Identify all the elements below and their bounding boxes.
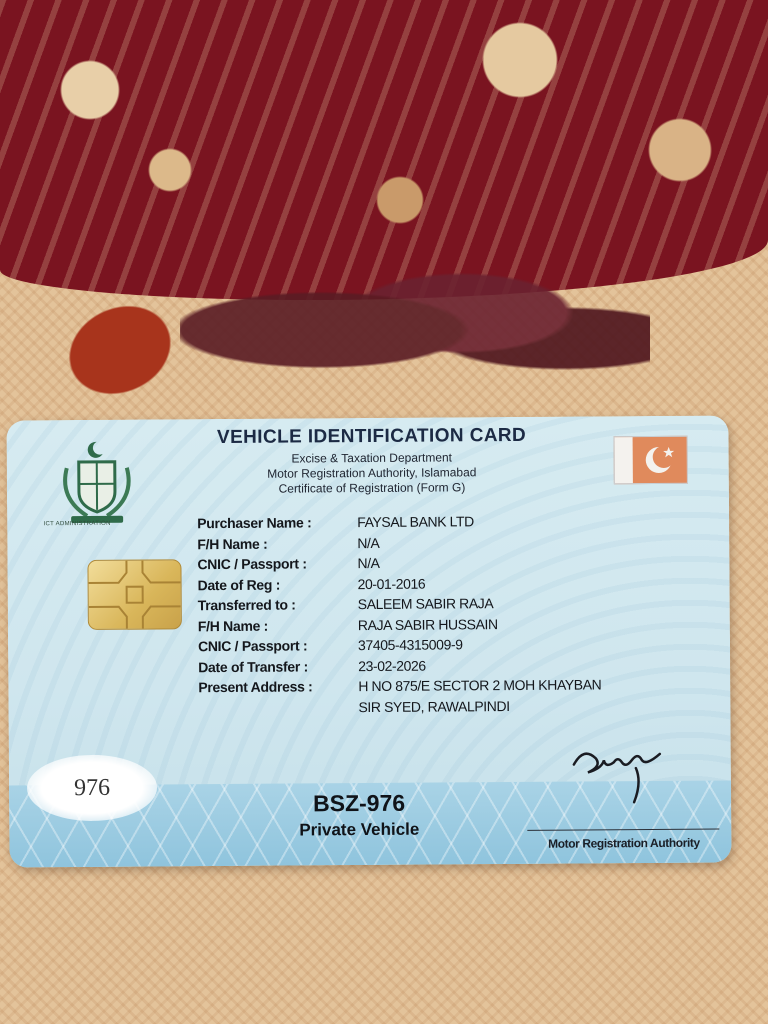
field-value: H NO 875/E SECTOR 2 MOH KHAYBAN (358, 676, 688, 694)
card-title: VEHICLE IDENTIFICATION CARD (162, 425, 582, 450)
field-value: 20-01-2016 (358, 573, 688, 591)
vehicle-identification-card: ICT ADMINISTRATION VEHICLE IDENTIFICATIO… (6, 415, 731, 867)
field-label: Date of Transfer : (198, 658, 348, 675)
address-line-2: SIR SYED, RAWALPINDI (358, 696, 698, 718)
field-value: 23-02-2026 (358, 655, 688, 673)
smart-chip (87, 559, 181, 630)
vehicle-type: Private Vehicle (259, 819, 459, 840)
field-value: N/A (357, 553, 687, 571)
field-label: CNIC / Passport : (198, 637, 348, 654)
field-label: F/H Name : (197, 535, 347, 552)
authority-name: Motor Registration Authority, Islamabad (162, 465, 582, 482)
card-fields: Purchaser Name : FAYSAL BANK LTD F/H Nam… (197, 512, 698, 720)
certificate-type: Certificate of Registration (Form G) (162, 480, 582, 497)
field-label: Transferred to : (198, 596, 348, 613)
registration-number: BSZ-976 (259, 789, 459, 817)
field-label: Date of Reg : (198, 576, 348, 593)
field-label: CNIC / Passport : (197, 555, 347, 572)
field-label: Purchaser Name : (197, 514, 347, 531)
state-emblem-icon (57, 438, 138, 529)
field-value: SALEEM SABIR RAJA (358, 594, 688, 612)
signature-mark (564, 734, 685, 810)
field-label: F/H Name : (198, 617, 348, 634)
field-value: RAJA SABIR HUSSAIN (358, 614, 688, 632)
fabric-flower-pattern (180, 245, 650, 415)
emblem-caption: ICT ADMINISTRATION (27, 521, 127, 528)
pakistan-flag-icon (614, 436, 688, 485)
field-value: 37405-4315009-9 (358, 635, 688, 653)
field-label: Present Address : (198, 678, 348, 695)
field-value: FAYSAL BANK LTD (357, 512, 687, 530)
field-value: N/A (357, 532, 687, 550)
department-name: Excise & Taxation Department (162, 450, 582, 467)
signatory-label: Motor Registration Authority (521, 836, 726, 851)
